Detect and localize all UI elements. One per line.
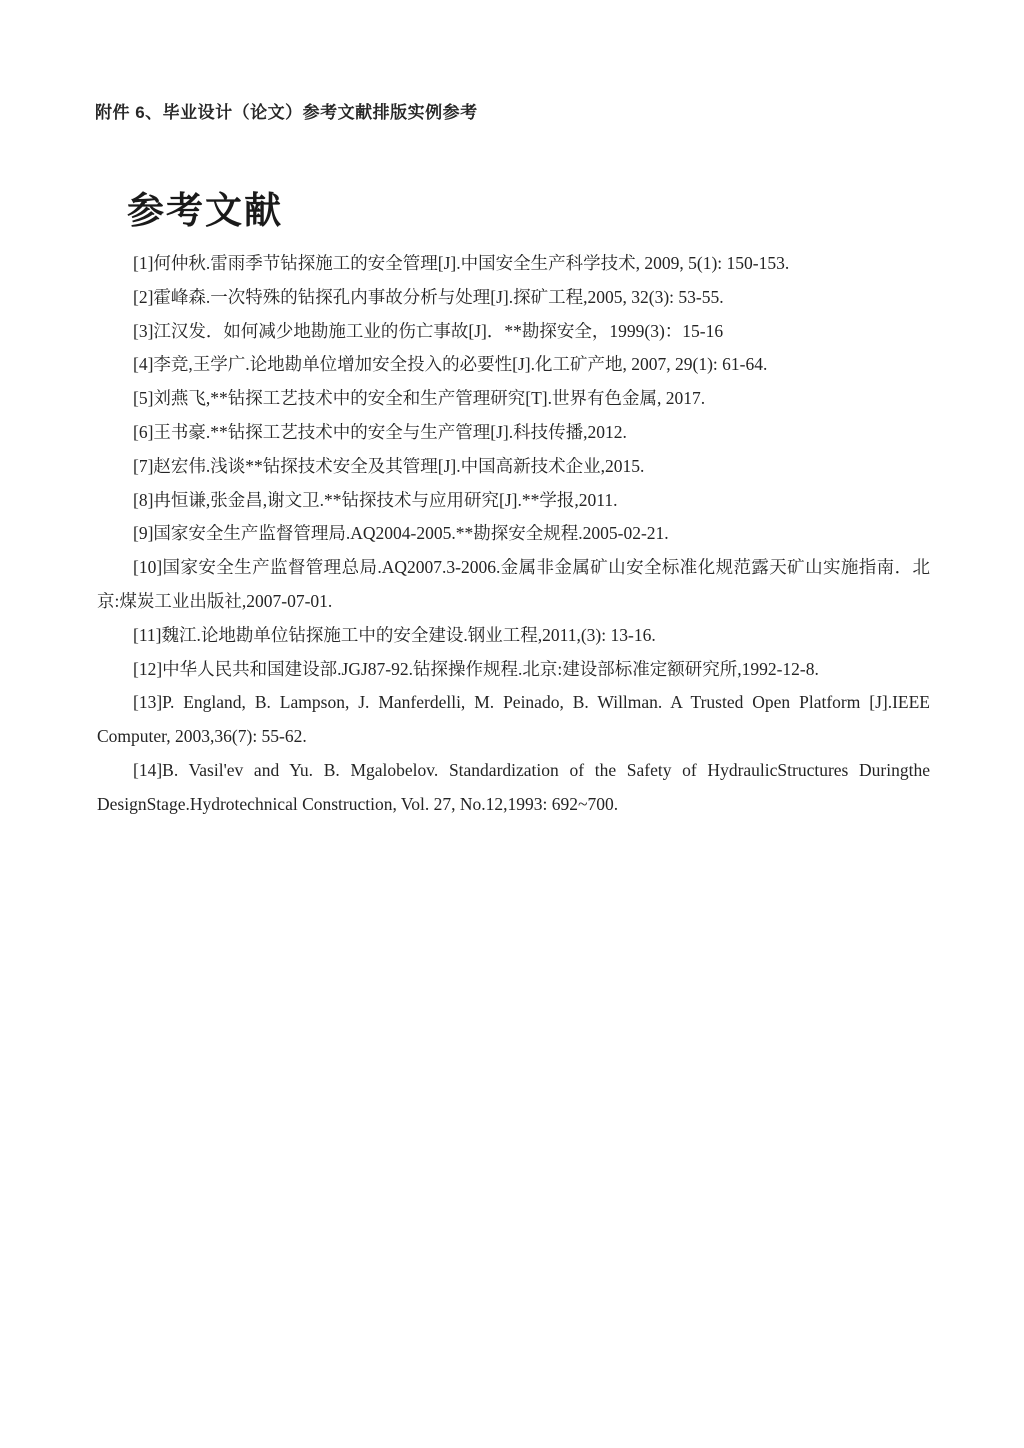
reference-item: [9]国家安全生产监督管理局.AQ2004-2005.**勘探安全规程.2005… [97, 517, 930, 551]
reference-item: [8]冉恒谦,张金昌,谢文卫.**钻探技术与应用研究[J].**学报,2011. [97, 484, 930, 518]
attachment-header: 附件 6、毕业设计（论文）参考文献排版实例参考 [95, 98, 478, 123]
document-page: 附件 6、毕业设计（论文）参考文献排版实例参考 参考文献 [1]何仲秋.雷雨季节… [0, 0, 1024, 1448]
reference-item: [11]魏江.论地勘单位钻探施工中的安全建设.钢业工程,2011,(3): 13… [97, 619, 930, 653]
reference-item: [10]国家安全生产监督管理总局.AQ2007.3-2006.金属非金属矿山安全… [97, 551, 930, 619]
reference-item: [2]霍峰森.一次特殊的钻探孔内事故分析与处理[J].探矿工程,2005, 32… [97, 281, 930, 315]
reference-item: [7]赵宏伟.浅谈**钻探技术安全及其管理[J].中国高新技术企业,2015. [97, 450, 930, 484]
references-title: 参考文献 [127, 180, 283, 234]
reference-item: [3]江汉发．如何减少地勘施工业的伤亡事故[J]．**勘探安全，1999(3)：… [97, 315, 930, 349]
reference-item: [4]李竞,王学广.论地勘单位增加安全投入的必要性[J].化工矿产地, 2007… [97, 348, 930, 382]
reference-list: [1]何仲秋.雷雨季节钻探施工的安全管理[J].中国安全生产科学技术, 2009… [97, 247, 930, 822]
reference-item: [5]刘燕飞,**钻探工艺技术中的安全和生产管理研究[T].世界有色金属, 20… [97, 382, 930, 416]
reference-item: [14]B. Vasil'ev and Yu. B. Mgalobelov. S… [97, 754, 930, 822]
reference-item: [6]王书豪.**钻探工艺技术中的安全与生产管理[J].科技传播,2012. [97, 416, 930, 450]
reference-item: [13]P. England, B. Lampson, J. Manferdel… [97, 686, 930, 754]
reference-item: [1]何仲秋.雷雨季节钻探施工的安全管理[J].中国安全生产科学技术, 2009… [97, 247, 930, 281]
reference-item: [12]中华人民共和国建设部.JGJ87-92.钻探操作规程.北京:建设部标准定… [97, 653, 930, 687]
